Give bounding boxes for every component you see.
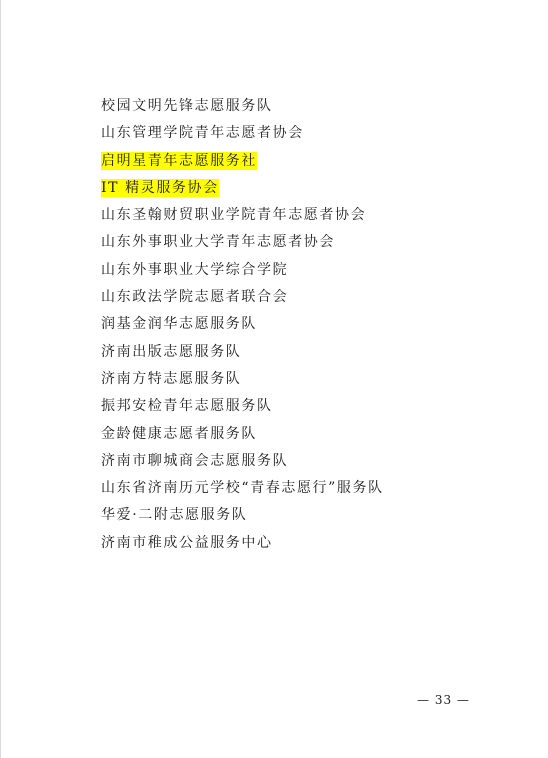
- item-text: 济南市聊城商会志愿服务队: [101, 452, 288, 470]
- item-text: IT 精灵服务协会: [101, 179, 219, 197]
- page-edge: [0, 0, 1, 758]
- list-item: 济南出版志愿服务队: [101, 341, 384, 368]
- item-text: 润基金润华志愿服务队: [101, 315, 257, 333]
- item-text: 华爱·二附志愿服务队: [101, 506, 247, 524]
- list-item: 校园文明先锋志愿服务队: [101, 95, 384, 122]
- item-text: 山东外事职业大学青年志愿者协会: [101, 233, 335, 251]
- page-number: — 33 —: [417, 693, 470, 707]
- list-item-highlighted: IT 精灵服务协会: [101, 177, 384, 204]
- item-text: 山东省济南历元学校“青春志愿行”服务队: [101, 479, 384, 497]
- organization-list: 校园文明先锋志愿服务队 山东管理学院青年志愿者协会 启明星青年志愿服务社 IT …: [101, 95, 384, 559]
- list-item: 山东管理学院青年志愿者协会: [101, 122, 384, 149]
- list-item: 山东外事职业大学青年志愿者协会: [101, 231, 384, 258]
- list-item: 山东政法学院志愿者联合会: [101, 286, 384, 313]
- item-text: 济南方特志愿服务队: [101, 370, 241, 388]
- item-text: 金龄健康志愿者服务队: [101, 425, 257, 443]
- list-item: 山东省济南历元学校“青春志愿行”服务队: [101, 477, 384, 504]
- item-text: 山东圣翰财贸职业学院青年志愿者协会: [101, 206, 366, 224]
- list-item: 金龄健康志愿者服务队: [101, 423, 384, 450]
- list-item: 润基金润华志愿服务队: [101, 313, 384, 340]
- list-item: 济南市稚成公益服务中心: [101, 532, 384, 559]
- list-item-highlighted: 启明星青年志愿服务社: [101, 150, 384, 177]
- list-item: 山东外事职业大学综合学院: [101, 259, 384, 286]
- item-text: 山东管理学院青年志愿者协会: [101, 124, 304, 142]
- list-item: 济南市聊城商会志愿服务队: [101, 450, 384, 477]
- item-text: 济南市稚成公益服务中心: [101, 534, 273, 552]
- list-item: 山东圣翰财贸职业学院青年志愿者协会: [101, 204, 384, 231]
- item-text: 校园文明先锋志愿服务队: [101, 97, 273, 115]
- item-text: 山东外事职业大学综合学院: [101, 261, 288, 279]
- item-text: 山东政法学院志愿者联合会: [101, 288, 288, 306]
- list-item: 济南方特志愿服务队: [101, 368, 384, 395]
- item-text: 济南出版志愿服务队: [101, 343, 241, 361]
- list-item: 振邦安检青年志愿服务队: [101, 395, 384, 422]
- list-item: 华爱·二附志愿服务队: [101, 504, 384, 531]
- item-text: 启明星青年志愿服务社: [101, 152, 257, 170]
- item-text: 振邦安检青年志愿服务队: [101, 397, 273, 415]
